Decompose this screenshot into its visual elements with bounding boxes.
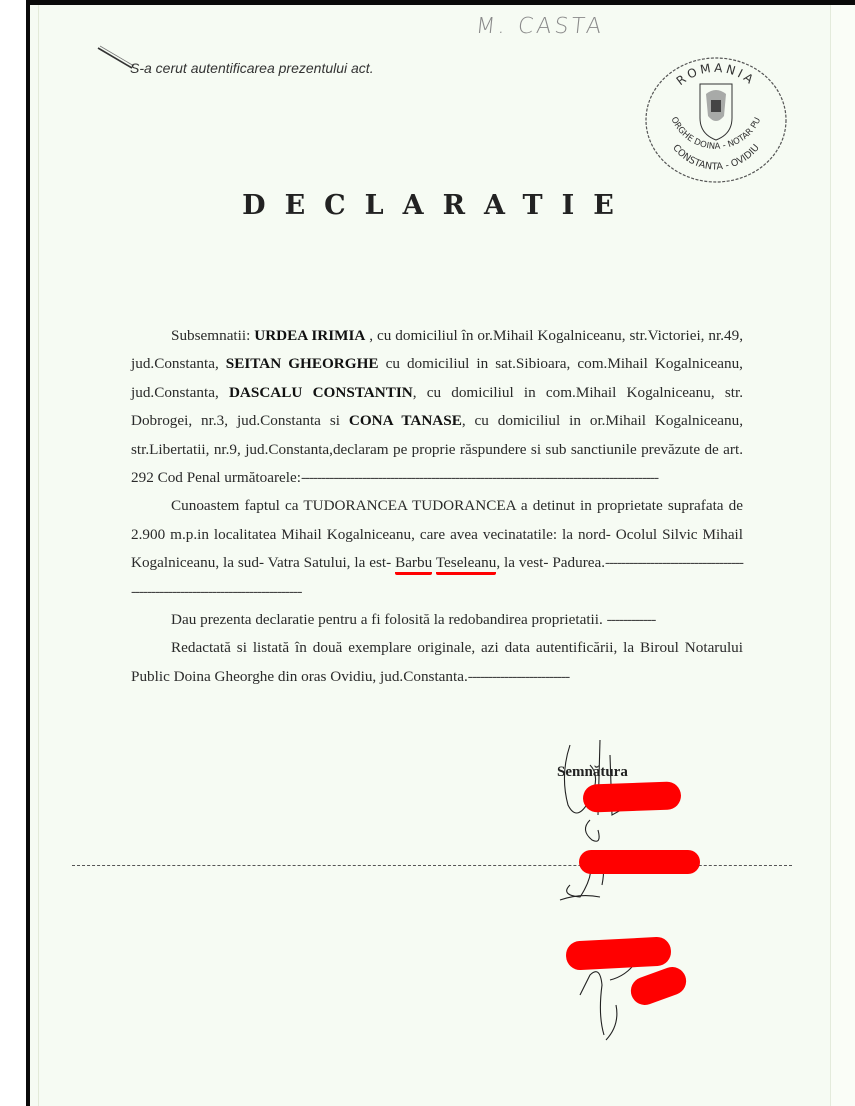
- declarant-name: URDEA IRIMIA: [254, 327, 365, 344]
- signature-label: Semnătura: [557, 764, 628, 781]
- authentication-note: S-a cerut autentificarea prezentului act…: [130, 60, 374, 76]
- handwritten-reference: M. CASTA: [475, 14, 606, 39]
- paragraph-declarants: Subsemnatii: URDEA IRIMIA , cu domiciliu…: [131, 322, 743, 492]
- paragraph-drafting: Redactată si listată în două exemplare o…: [131, 634, 743, 691]
- underlined-name: Teseleanu: [436, 554, 497, 575]
- paragraph-property: Cunoastem faptul ca TUDORANCEA TUDORANCE…: [131, 492, 743, 606]
- coat-of-arms-icon: [700, 84, 732, 140]
- declarant-name: SEITAN GHEORGHE: [226, 355, 379, 372]
- page-edge: [38, 5, 39, 1106]
- redaction-mark: [579, 850, 700, 874]
- declarant-name: DASCALU CONSTANTIN: [229, 384, 413, 401]
- redaction-mark: [565, 936, 671, 970]
- declaration-body: Subsemnatii: URDEA IRIMIA , cu domiciliu…: [131, 322, 743, 691]
- underlined-name: Barbu: [395, 554, 432, 575]
- redaction-mark: [583, 781, 682, 812]
- declarant-name: CONA TANASE: [349, 412, 462, 429]
- notary-stamp: ROMANIA GHEORGHE DOINA - NOTAR PUBLIC CO…: [642, 54, 790, 184]
- page-margin-strip: [830, 5, 855, 1106]
- document-title: DECLARATIE: [0, 190, 855, 221]
- paragraph-purpose: Dau prezenta declaratie pentru a fi folo…: [131, 606, 743, 634]
